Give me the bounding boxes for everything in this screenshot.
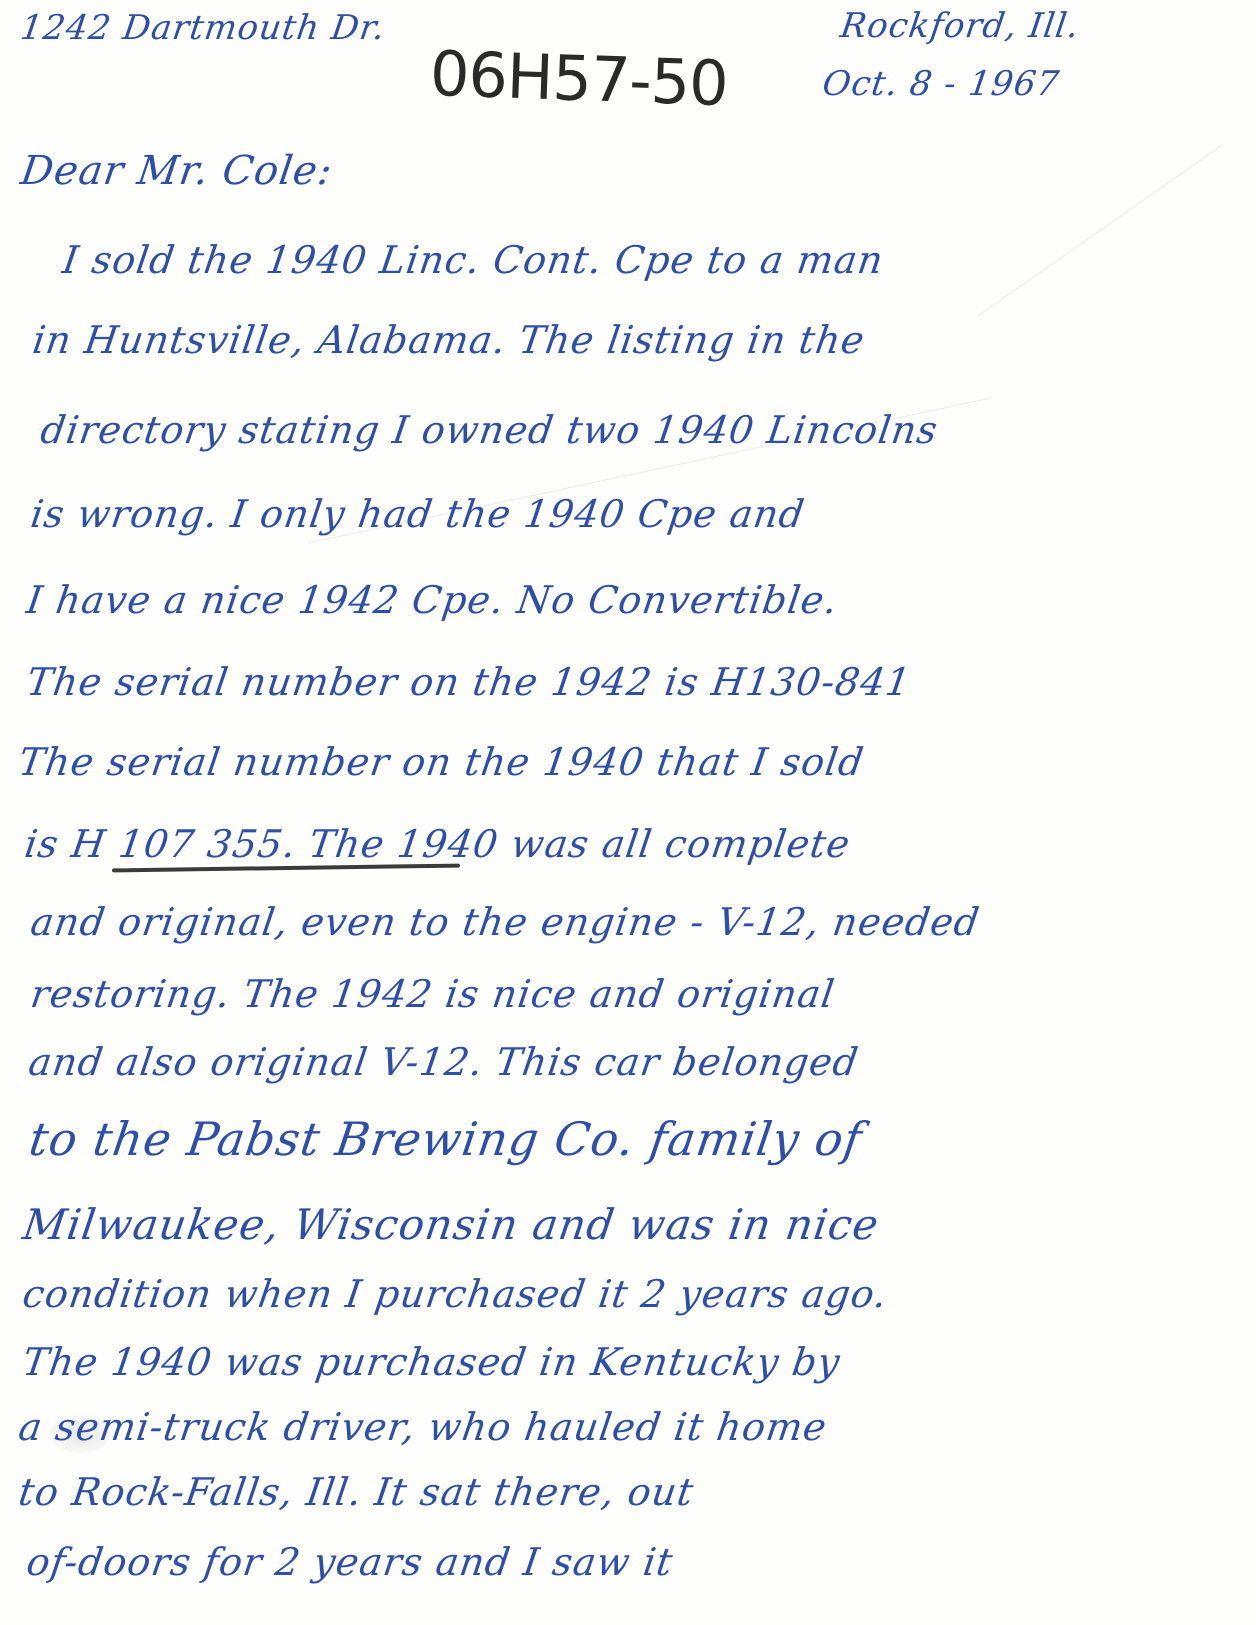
body-line: restoring. The 1942 is nice and original: [28, 972, 838, 1016]
body-line: directory stating I owned two 1940 Linco…: [38, 408, 941, 452]
body-line: The serial number on the 1940 that I sol…: [16, 740, 867, 784]
body-line: is wrong. I only had the 1940 Cpe and: [28, 492, 808, 536]
body-line: and also original V-12. This car belonge…: [26, 1040, 862, 1084]
sender-city: Rockford, Ill.: [838, 6, 1082, 46]
body-line: a semi-truck driver, who hauled it home: [16, 1405, 830, 1449]
body-line: The 1940 was purchased in Kentucky by: [20, 1340, 843, 1384]
salutation: Dear Mr. Cole:: [18, 148, 336, 194]
body-line: condition when I purchased it 2 years ag…: [20, 1272, 890, 1316]
paper-fold-line: [977, 144, 1223, 317]
sender-address: 1242 Dartmouth Dr.: [18, 8, 388, 48]
document-number: 06H57-50: [429, 37, 729, 120]
letter-page: 1242 Dartmouth Dr. Rockford, Ill. Oct. 8…: [0, 0, 1256, 1625]
body-line: Milwaukee, Wisconsin and was in nice: [20, 1200, 882, 1249]
body-line: I sold the 1940 Linc. Cont. Cpe to a man: [60, 238, 887, 282]
body-line: is H 107 355. The 1940 was all complete: [22, 822, 853, 866]
body-line: of-doors for 2 years and I saw it: [24, 1540, 676, 1584]
body-line: in Huntsville, Alabama. The listing in t…: [30, 318, 868, 362]
body-line: to the Pabst Brewing Co. family of: [26, 1112, 866, 1166]
body-line: I have a nice 1942 Cpe. No Convertible.: [24, 578, 841, 622]
body-line: The serial number on the 1942 is H130-84…: [24, 660, 914, 704]
body-line: and original, even to the engine - V-12,…: [28, 900, 983, 944]
letter-date: Oct. 8 - 1967: [820, 64, 1062, 104]
body-line: to Rock-Falls, Ill. It sat there, out: [16, 1470, 697, 1514]
